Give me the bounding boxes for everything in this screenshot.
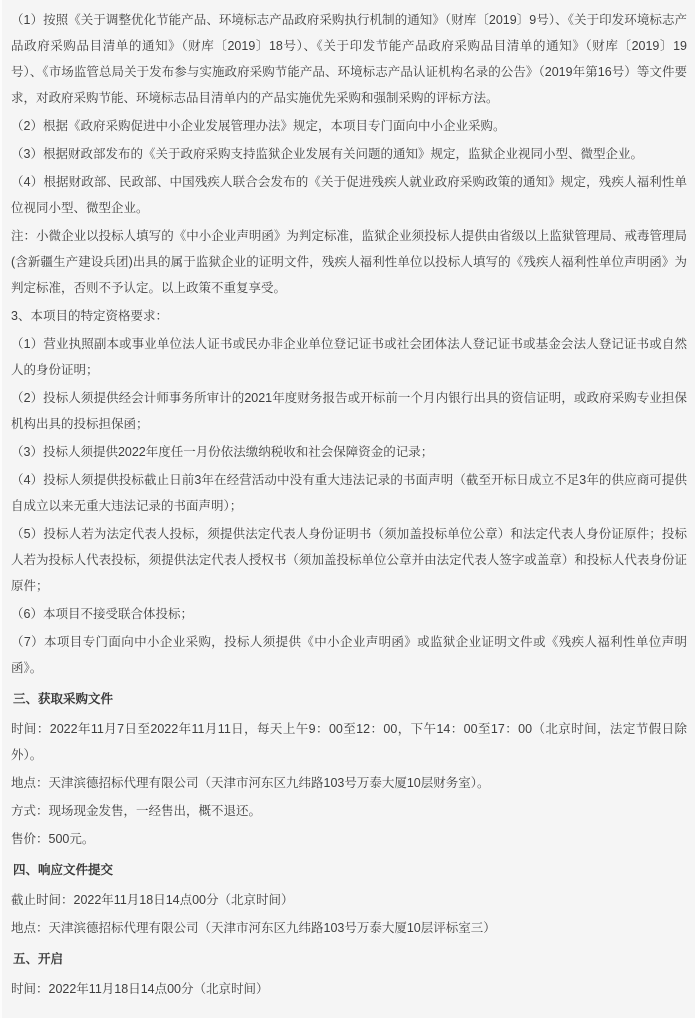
policy-clause-3: （3）根据财政部发布的《关于政府采购支持监狱企业发展有关问题的通知》规定，监狱企… — [11, 141, 687, 167]
policy-clause-1: （1）按照《关于调整优化节能产品、环境标志产品政府采购执行机制的通知》（财库〔2… — [11, 7, 687, 111]
obtain-location-line: 地点：天津滨德招标代理有限公司（天津市河东区九纬路103号万泰大厦10层财务室）… — [11, 770, 687, 796]
section-title-opening: 五、开启 — [13, 946, 687, 972]
qualification-item-2: （2）投标人须提供经会计师事务所审计的2021年度财务报告或开标前一个月内银行出… — [11, 385, 687, 437]
qualification-item-3: （3）投标人须提供2022年度任一月份依法缴纳税收和社会保障资金的记录； — [11, 439, 687, 465]
qualification-item-7: （7）本项目专门面向中小企业采购，投标人须提供《中小企业声明函》或监狱企业证明文… — [11, 629, 687, 681]
submission-location-line: 地点：天津滨德招标代理有限公司（天津市河东区九纬路103号万泰大厦10层评标室三… — [11, 915, 687, 941]
policy-clause-4: （4）根据财政部、民政部、中国残疾人联合会发布的《关于促进残疾人就业政府采购政策… — [11, 169, 687, 221]
section-title-obtain-documents: 三、获取采购文件 — [13, 686, 687, 712]
policy-note: 注：小微企业以投标人填写的《中小企业声明函》为判定标准，监狱企业须投标人提供由省… — [11, 223, 687, 301]
procurement-notice-document: （1）按照《关于调整优化节能产品、环境标志产品政府采购执行机制的通知》（财库〔2… — [2, 0, 695, 1018]
policy-clause-2: （2）根据《政府采购促进中小企业发展管理办法》规定，本项目专门面向中小企业采购。 — [11, 113, 687, 139]
opening-time-line: 时间：2022年11月18日14点00分（北京时间） — [11, 976, 687, 1002]
obtain-price-line: 售价：500元。 — [11, 826, 687, 852]
submission-deadline-line: 截止时间：2022年11月18日14点00分（北京时间） — [11, 887, 687, 913]
obtain-time-line: 时间：2022年11月7日至2022年11月11日，每天上午9：00至12：00… — [11, 716, 687, 768]
qualification-requirements-heading: 3、本项目的特定资格要求： — [11, 303, 687, 329]
section-title-response-submission: 四、响应文件提交 — [13, 857, 687, 883]
qualification-item-4: （4）投标人须提供投标截止日前3年在经营活动中没有重大违法记录的书面声明（截至开… — [11, 467, 687, 519]
qualification-item-5: （5）投标人若为法定代表人投标，须提供法定代表人身份证明书（须加盖投标单位公章）… — [11, 521, 687, 599]
qualification-item-6: （6）本项目不接受联合体投标； — [11, 601, 687, 627]
qualification-item-1: （1）营业执照副本或事业单位法人证书或民办非企业单位登记证书或社会团体法人登记证… — [11, 331, 687, 383]
obtain-method-line: 方式：现场现金发售，一经售出，概不退还。 — [11, 798, 687, 824]
